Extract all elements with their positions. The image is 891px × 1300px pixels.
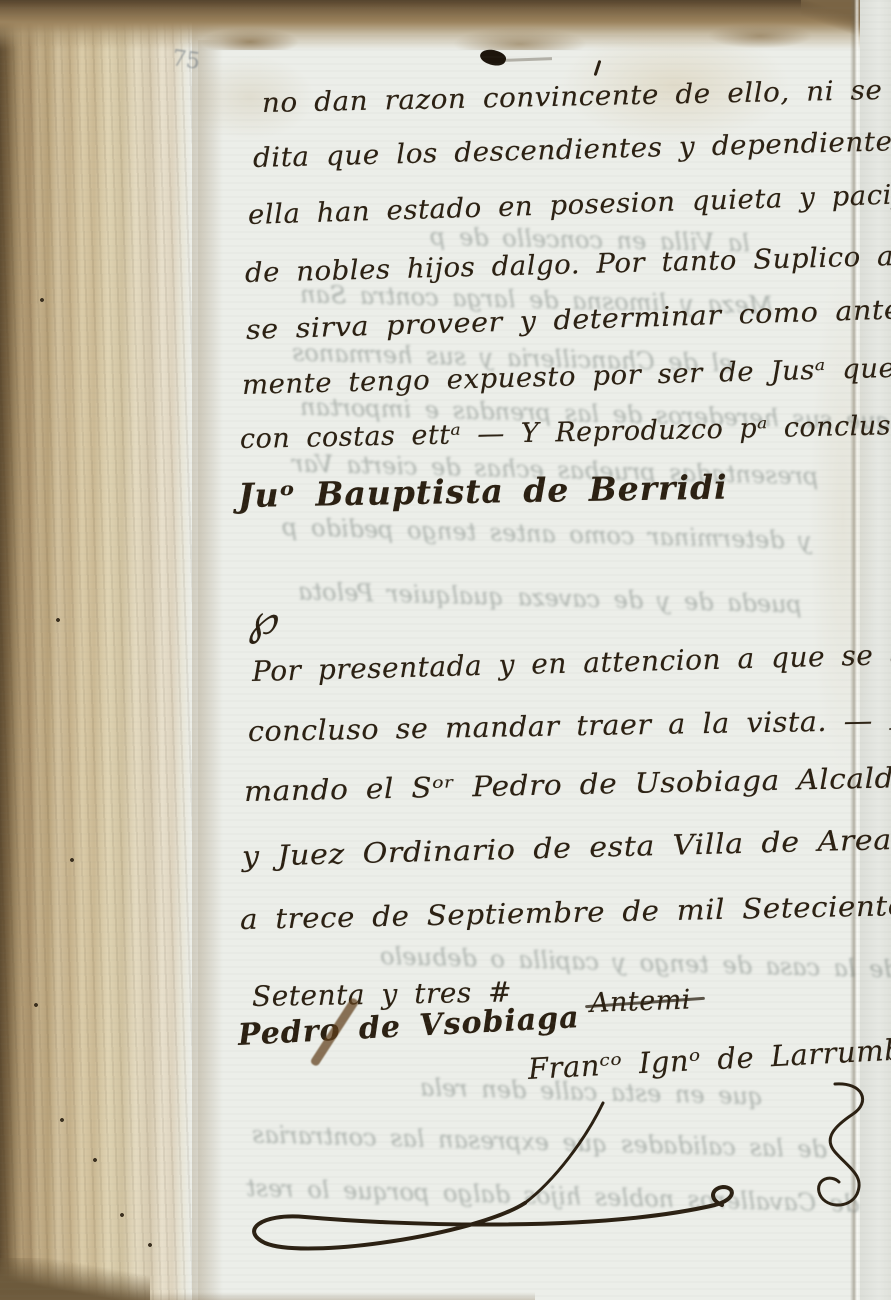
- decree-line: mando el Sᵒʳ Pedro de Usobiaga Alcalde: [244, 761, 891, 808]
- bleedthrough-line: y determinar como antes tengo pedido p: [282, 513, 812, 555]
- folio-number-bleed: 75: [170, 46, 201, 75]
- decree-line: y Juez Ordinario de esta Villa de Areau: [242, 822, 891, 873]
- manuscript-scan: 75 la Villa en concello de p Meza y limo…: [0, 0, 891, 1300]
- decree-abbreviation-mark: ℘: [245, 594, 278, 645]
- paper-stain: [808, 260, 878, 780]
- petition-signature: Juᵒ Bauptista de Berridi: [238, 467, 728, 515]
- bottom-edge-shadow: [0, 1292, 535, 1300]
- binding-edge: [0, 0, 192, 1300]
- closing-flourish: [235, 1095, 755, 1270]
- scribe-signature: Franᶜᵒ Ignᵒ de Larrumbide: [527, 1030, 891, 1086]
- decree-line: Por presentada y en attencion a que se a…: [252, 637, 891, 688]
- decree-line: concluso se mandar traer a la vista. — L…: [248, 703, 891, 748]
- ink-smear: [504, 57, 552, 62]
- decree-line: a trece de Septiembre de mil Setecientos: [240, 889, 891, 936]
- petition-line: ella han estado en posesion quieta y pac…: [248, 178, 891, 231]
- bleedthrough-line: pueda de y de caveza qualquier Pelota: [298, 577, 803, 618]
- inner-margin-shadow: [198, 40, 224, 1300]
- scribe-rubric-flourish: [805, 1080, 885, 1215]
